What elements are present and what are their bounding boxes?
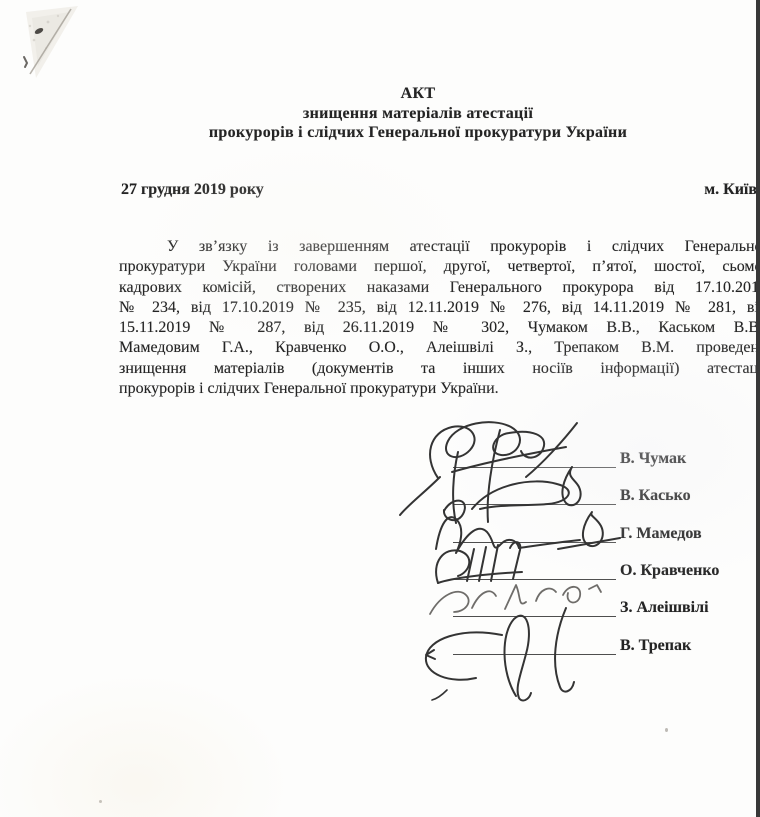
- body-line: Мамедовим Г.А., Кравченко О.О., Алеішвіл…: [119, 338, 760, 358]
- document-city: м. Київ: [704, 181, 757, 199]
- title-line-3: прокурорів і слідчих Генеральної прокура…: [112, 123, 724, 143]
- title-line-2: знищення матеріалів атестації: [112, 104, 724, 124]
- body-paragraph: У зв’язку із завершенням атестації проку…: [119, 237, 760, 399]
- signature-line: [453, 602, 616, 617]
- signature-row: В. Трепак: [453, 637, 691, 655]
- body-line: № 234, від 17.10.2019 № 235, від 12.11.2…: [119, 298, 760, 318]
- scan-speck: [665, 728, 668, 732]
- title-line-akt: АКТ: [112, 84, 724, 104]
- signature-ink-kasko: [444, 430, 581, 523]
- signatory-name: В. Касько: [620, 487, 691, 504]
- signature-row: В. Касько: [453, 487, 691, 505]
- signatory-name: Г. Мамедов: [620, 525, 702, 542]
- document-title: АКТ знищення матеріалів атестації прокур…: [112, 84, 724, 143]
- signature-row: О. Кравченко: [453, 562, 719, 580]
- signature-line: [453, 528, 616, 543]
- body-line: У зв’язку із завершенням атестації проку…: [119, 237, 760, 257]
- signatory-name: О. Кравченко: [620, 562, 719, 579]
- signature-row: В. Чумак: [453, 450, 686, 468]
- signature-line: [453, 453, 616, 468]
- corner-smudge-artifact: [0, 0, 110, 110]
- signature-row: З. Алеішвілі: [453, 599, 709, 617]
- signature-line: [453, 565, 616, 580]
- body-line: 15.11.2019 № 287, від 26.11.2019 № 302, …: [119, 318, 760, 338]
- body-line: прокуратури України головами першої, дру…: [119, 257, 760, 277]
- body-line: прокурорів і слідчих Генеральної прокура…: [119, 379, 760, 399]
- signatory-name: В. Чумак: [620, 450, 686, 467]
- signature-line: [453, 640, 616, 655]
- scan-speck: [99, 800, 102, 803]
- signature-row: Г. Мамедов: [453, 525, 702, 543]
- document-date: 27 грудня 2019 року: [121, 181, 264, 199]
- date-city-row: 27 грудня 2019 року м. Київ: [121, 181, 757, 199]
- signatory-name: В. Трепак: [620, 637, 691, 654]
- signatory-name: З. Алеішвілі: [620, 599, 709, 616]
- scanned-document-page: АКТ знищення матеріалів атестації прокур…: [0, 0, 760, 817]
- signature-line: [453, 490, 616, 505]
- body-line: знищення матеріалів (документів та інших…: [119, 359, 760, 379]
- scanner-edge-strip: [756, 0, 760, 817]
- body-line: кадрових комісій, створених наказами Ген…: [119, 278, 760, 298]
